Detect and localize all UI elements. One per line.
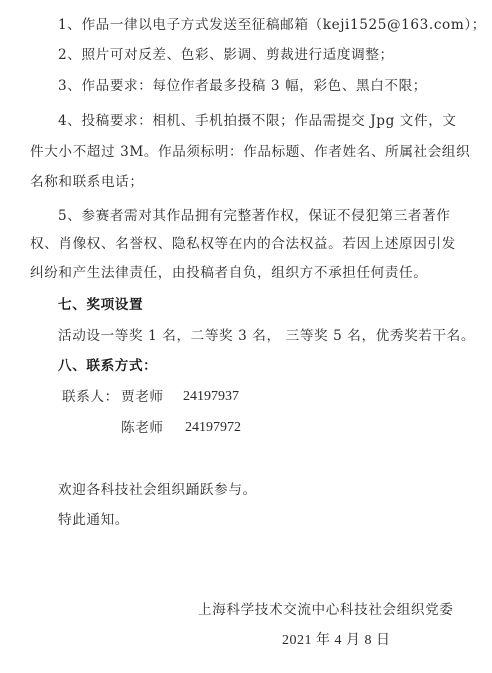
item-5-line-3: 纠纷和产生法律责任，由投稿者自负，组织方不承担任何责任。 — [30, 264, 427, 282]
item-4-line-1: 4、投稿要求：相机、手机拍摄不限；作品需提交 Jpg 文件，文 — [58, 112, 457, 130]
contact-2-name: 陈老师 — [121, 419, 164, 437]
contact-1-name: 贾老师 — [121, 388, 164, 406]
item-2: 2、照片可对反差、色彩、影调、剪裁进行适度调整； — [58, 46, 394, 64]
contact-2-phone: 24197972 — [185, 419, 241, 437]
signature-org: 上海科学技术交流中心科技社会组织党委 — [198, 601, 454, 619]
signature-date: 2021 年 4 月 8 日 — [282, 632, 391, 650]
closing-welcome: 欢迎各科技社会组织踊跃参与。 — [58, 481, 257, 499]
section-7-body: 活动设一等奖 1 名，二等奖 3 名， 三等奖 5 名，优秀奖若干名。 — [58, 327, 475, 345]
item-5-line-1: 5、参赛者需对其作品拥有完整著作权，保证不侵犯第三者著作 — [58, 207, 450, 225]
contact-label: 联系人： — [62, 388, 119, 406]
contact-1-phone: 24197937 — [183, 388, 239, 406]
section-8-heading: 八、联系方式： — [58, 357, 157, 375]
item-4-line-3: 名称和联系电话； — [30, 173, 144, 191]
item-4-line-2: 件大小不超过 3M。作品须标明：作品标题、作者姓名、所属社会组织 — [30, 143, 470, 161]
item-1: 1、作品一律以电子方式发送至征稿邮箱（keji1525@163.com）； — [58, 16, 486, 34]
item-5-line-2: 权、肖像权、名誉权、隐私权等在内的合法权益。若因上述原因引发 — [30, 235, 456, 253]
section-7-heading: 七、奖项设置 — [58, 296, 143, 314]
closing-notice: 特此通知。 — [58, 511, 129, 529]
item-3: 3、作品要求：每位作者最多投稿 3 幅，彩色、黑白不限； — [58, 77, 427, 95]
